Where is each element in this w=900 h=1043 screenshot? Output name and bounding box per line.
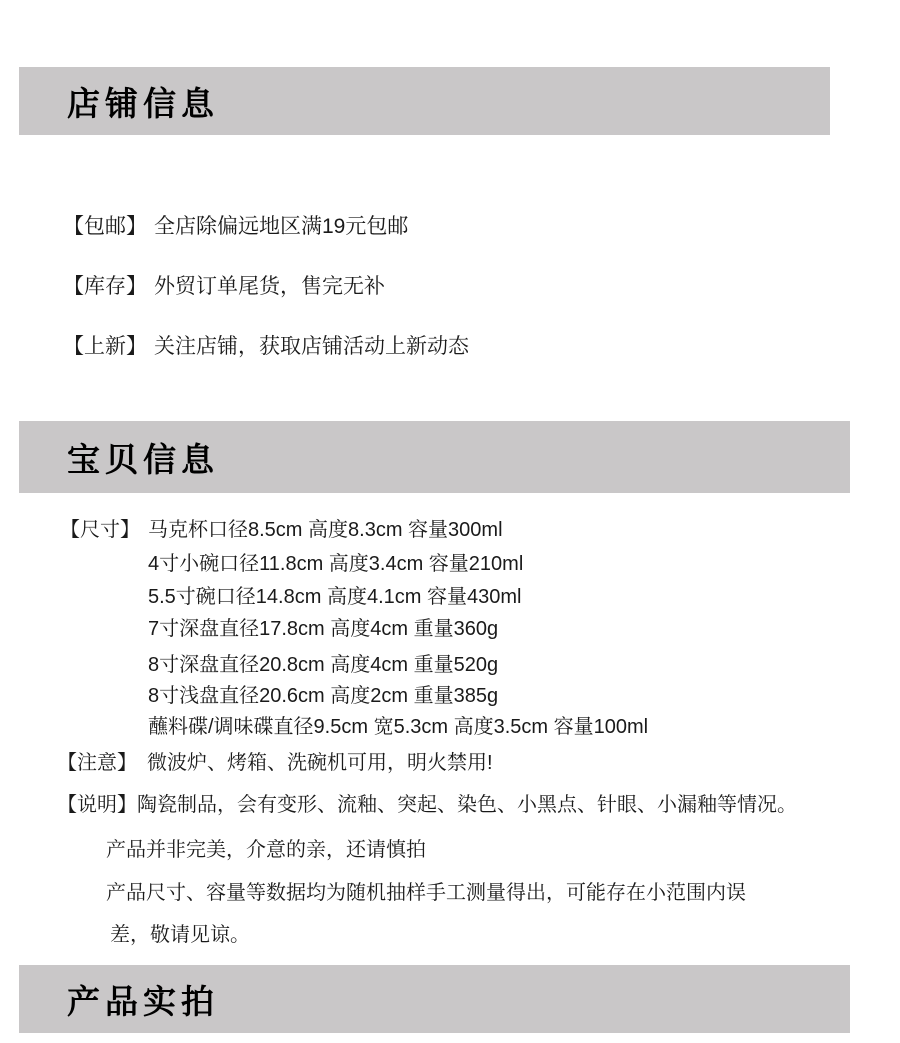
notice-text: 微波炉、烤箱、洗碗机可用，明火禁用! — [147, 752, 493, 774]
product-info-title: 宝贝信息 — [67, 434, 219, 481]
product-photos-title: 产品实拍 — [67, 976, 219, 1023]
product-photos-header-bar: 产品实拍 — [19, 965, 850, 1033]
shipping-label: 【包邮】 — [63, 215, 147, 238]
description-label: 【说明】 — [57, 794, 137, 816]
newarrival-text: 关注店铺，获取店铺活动上新动态 — [154, 335, 469, 358]
size-line-saucedish: 蘸料碟/调味碟直径9.5cm 宽5.3cm 高度3.5cm 容量100ml — [148, 710, 648, 739]
stock-label: 【库存】 — [63, 275, 147, 298]
newarrival-label: 【上新】 — [63, 335, 147, 358]
store-stock-line: 【库存】外贸订单尾货，售完无补 — [63, 270, 385, 300]
shipping-text: 全店除偏远地区满19元包邮 — [154, 215, 408, 238]
store-newarrival-line: 【上新】关注店铺，获取店铺活动上新动态 — [63, 330, 469, 360]
stock-text: 外贸订单尾货，售完无补 — [154, 275, 385, 298]
size-section-label: 【尺寸】 — [60, 513, 140, 542]
description-text: 陶瓷制品，会有变形、流釉、突起、染色、小黑点、针眼、小漏釉等情况。 — [137, 794, 797, 816]
store-info-header-bar: 店铺信息 — [19, 67, 830, 135]
description-cont-1: 产品并非完美，介意的亲，还请慎拍 — [106, 833, 426, 862]
description-line: 【说明】陶瓷制品，会有变形、流釉、突起、染色、小黑点、针眼、小漏釉等情况。 — [57, 788, 797, 817]
product-info-header-bar: 宝贝信息 — [19, 421, 850, 493]
size-line-mug: 马克杯口径8.5cm 高度8.3cm 容量300ml — [148, 513, 503, 542]
store-shipping-line: 【包邮】全店除偏远地区满19元包邮 — [63, 210, 408, 240]
description-cont-2: 产品尺寸、容量等数据均为随机抽样手工测量得出，可能存在小范围内误 — [106, 876, 746, 905]
notice-label: 【注意】 — [57, 752, 137, 774]
size-line-deepplate-7in: 7寸深盘直径17.8cm 高度4cm 重量360g — [148, 612, 498, 641]
product-description-page: 店铺信息 【包邮】全店除偏远地区满19元包邮 【库存】外贸订单尾货，售完无补 【… — [0, 0, 900, 1043]
size-line-shallowplate-8in: 8寸浅盘直径20.6cm 高度2cm 重量385g — [148, 679, 498, 708]
size-line-bowl-5-5in: 5.5寸碗口径14.8cm 高度4.1cm 容量430ml — [148, 580, 521, 609]
store-info-title: 店铺信息 — [67, 78, 219, 125]
description-cont-3: 差，敬请见谅。 — [110, 918, 250, 947]
size-line-bowl-4in: 4寸小碗口径11.8cm 高度3.4cm 容量210ml — [148, 547, 523, 576]
size-line-deepplate-8in: 8寸深盘直径20.8cm 高度4cm 重量520g — [148, 648, 498, 677]
notice-line: 【注意】微波炉、烤箱、洗碗机可用，明火禁用! — [57, 746, 493, 775]
